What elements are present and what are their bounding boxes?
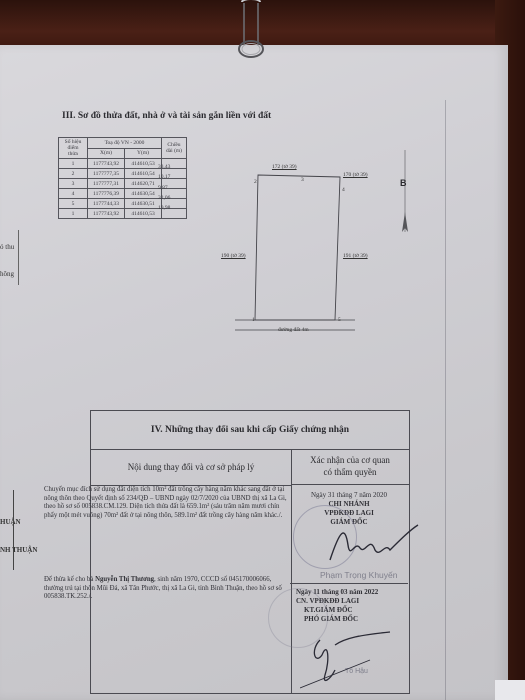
left-fragment-4: NH THUẬN bbox=[0, 546, 37, 554]
point-2: 2 bbox=[254, 179, 257, 185]
left-fragment-3: HUẬN bbox=[0, 518, 21, 526]
left-fragment-2: hông bbox=[0, 270, 14, 278]
cell-y: 414630,54 bbox=[125, 189, 162, 199]
cell-y: 414610,53 bbox=[125, 209, 162, 219]
entry-1-org-1: CHI NHÁNH bbox=[290, 500, 408, 509]
cell-x: 1177776,39 bbox=[88, 189, 125, 199]
entry-2-signer: Tô Hậu bbox=[345, 668, 368, 675]
cell-y: 414610,54 bbox=[125, 169, 162, 179]
signature-1-icon bbox=[320, 520, 420, 565]
header-length: Chiều dài (m) bbox=[162, 138, 187, 159]
parcel-diagram bbox=[205, 150, 420, 350]
header-y: Y(m) bbox=[125, 148, 162, 159]
entry-1-content: Chuyển mục đích sử dụng đất diện tích 10… bbox=[44, 486, 292, 520]
cell-x: 1177777,31 bbox=[88, 179, 125, 189]
section4-title: IV. Những thay đổi sau khi cấp Giấy chứn… bbox=[91, 411, 409, 450]
cell-x: 1177777,35 bbox=[88, 169, 125, 179]
length-value: 10,17 bbox=[158, 172, 170, 182]
point-5: 5 bbox=[338, 317, 341, 323]
cell-point: 3 bbox=[59, 179, 88, 189]
label-parcel-190: 190 (tờ 39) bbox=[221, 253, 246, 259]
entry-1-date: Ngày 31 tháng 7 năm 2020 bbox=[290, 491, 408, 500]
label-parcel-172: 172 (tờ 39) bbox=[272, 164, 297, 170]
col-header-confirmation: Xác nhận của cơ quan có thẩm quyền bbox=[291, 449, 409, 485]
header-system: Toạ độ VN - 2000 bbox=[88, 138, 162, 149]
row-divider bbox=[290, 583, 408, 584]
section3-title: III. Sơ đồ thửa đất, nhà ở và tài sản gắ… bbox=[62, 111, 271, 121]
north-arrow-label: B bbox=[400, 178, 407, 188]
entry-2-prefix: Để thừa kế cho bà bbox=[44, 576, 95, 583]
left-fragment-1: ó thu bbox=[0, 243, 14, 251]
cell-x: 1177743,92 bbox=[88, 159, 125, 169]
header-point: Số hiệu điểm thửa bbox=[59, 138, 88, 159]
binder-ring-icon bbox=[232, 0, 270, 60]
length-value: 9,87 bbox=[158, 183, 170, 193]
length-value: 33,43 bbox=[158, 162, 170, 172]
left-border-line bbox=[13, 490, 14, 570]
label-parcel-170: 170 (tờ 39) bbox=[343, 172, 368, 178]
label-road: đường đất 4m bbox=[278, 327, 309, 333]
left-border-line-2 bbox=[18, 230, 19, 285]
cell-x: 1177743,92 bbox=[88, 209, 125, 219]
point-4: 4 bbox=[342, 187, 345, 193]
col-header-confirmation-line2: có thẩm quyền bbox=[291, 466, 409, 478]
entry-1-signer: Phạm Trọng Khuyến bbox=[320, 570, 398, 580]
cell-point: 2 bbox=[59, 169, 88, 179]
cell-y: 414610,53 bbox=[125, 159, 162, 169]
length-value: 32,06 bbox=[158, 193, 170, 203]
col-header-content: Nội dung thay đổi và cơ sở pháp lý bbox=[91, 449, 292, 486]
cell-x: 1177744,33 bbox=[88, 199, 125, 209]
cell-y: 414620,71 bbox=[125, 179, 162, 189]
entry-2-person: Nguyễn Thị Thương bbox=[95, 576, 154, 583]
cell-point: 1 bbox=[59, 209, 88, 219]
length-value: 19,98 bbox=[158, 203, 170, 213]
header-x: X(m) bbox=[88, 148, 125, 159]
label-parcel-191: 191 (tờ 39) bbox=[343, 253, 368, 259]
cell-point: 1 bbox=[59, 159, 88, 169]
col-header-confirmation-line1: Xác nhận của cơ quan bbox=[291, 454, 409, 466]
entry-2-content: Để thừa kế cho bà Nguyễn Thị Thương, sin… bbox=[44, 576, 292, 602]
point-3: 3 bbox=[301, 177, 304, 183]
length-column: 33,4310,179,8732,0619,98 bbox=[158, 162, 170, 213]
page-fold-line bbox=[445, 100, 446, 700]
paper-corner bbox=[495, 680, 525, 700]
cell-point: 4 bbox=[59, 189, 88, 199]
cell-y: 414630,51 bbox=[125, 199, 162, 209]
signature-2-icon bbox=[300, 630, 410, 690]
point-1: 1 bbox=[252, 317, 255, 323]
cell-point: 5 bbox=[59, 199, 88, 209]
